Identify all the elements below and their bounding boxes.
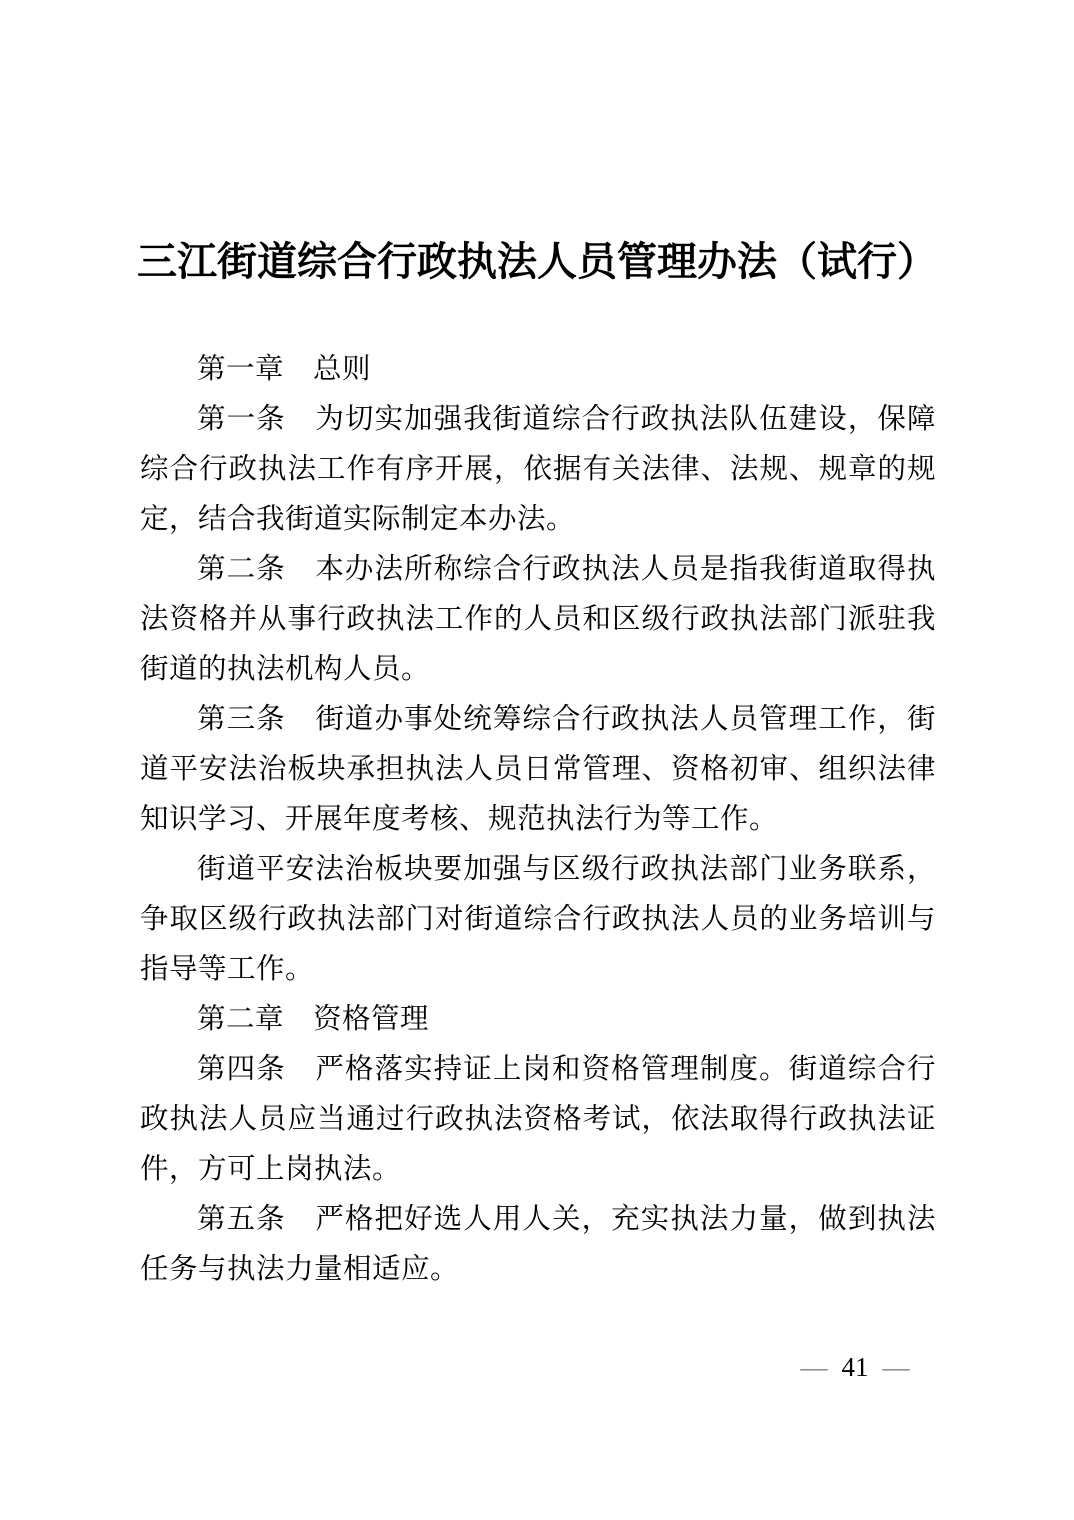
footer-dash-right: — bbox=[883, 1352, 910, 1382]
document-page: 三江街道综合行政执法人员管理办法（试行） 第一章 总则 第一条 为切实加强我街道… bbox=[0, 0, 1074, 1520]
paragraph-article-1: 第一条 为切实加强我街道综合行政执法队伍建设，保障综合行政执法工作有序开展，依据… bbox=[140, 395, 936, 545]
footer-dash-left: — bbox=[801, 1352, 828, 1382]
paragraph-article-2: 第二条 本办法所称综合行政执法人员是指我街道取得执法资格并从事行政执法工作的人员… bbox=[140, 545, 936, 695]
chapter-heading-2: 第二章 资格管理 bbox=[140, 995, 936, 1045]
paragraph-body-continuation: 街道平安法治板块要加强与区级行政执法部门业务联系，争取区级行政执法部门对街道综合… bbox=[140, 845, 936, 995]
document-title: 三江街道综合行政执法人员管理办法（试行） bbox=[0, 236, 1074, 288]
paragraph-article-5: 第五条 严格把好选人用人关，充实执法力量，做到执法任务与执法力量相适应。 bbox=[140, 1195, 936, 1295]
paragraph-article-4: 第四条 严格落实持证上岗和资格管理制度。街道综合行政执法人员应当通过行政执法资格… bbox=[140, 1045, 936, 1195]
document-body: 第一章 总则 第一条 为切实加强我街道综合行政执法队伍建设，保障综合行政执法工作… bbox=[140, 345, 936, 1295]
paragraph-article-3: 第三条 街道办事处统筹综合行政执法人员管理工作，街道平安法治板块承担执法人员日常… bbox=[140, 695, 936, 845]
page-number: 41 bbox=[828, 1352, 883, 1382]
page-footer: —41— bbox=[790, 1350, 920, 1384]
chapter-heading-1: 第一章 总则 bbox=[140, 345, 936, 395]
